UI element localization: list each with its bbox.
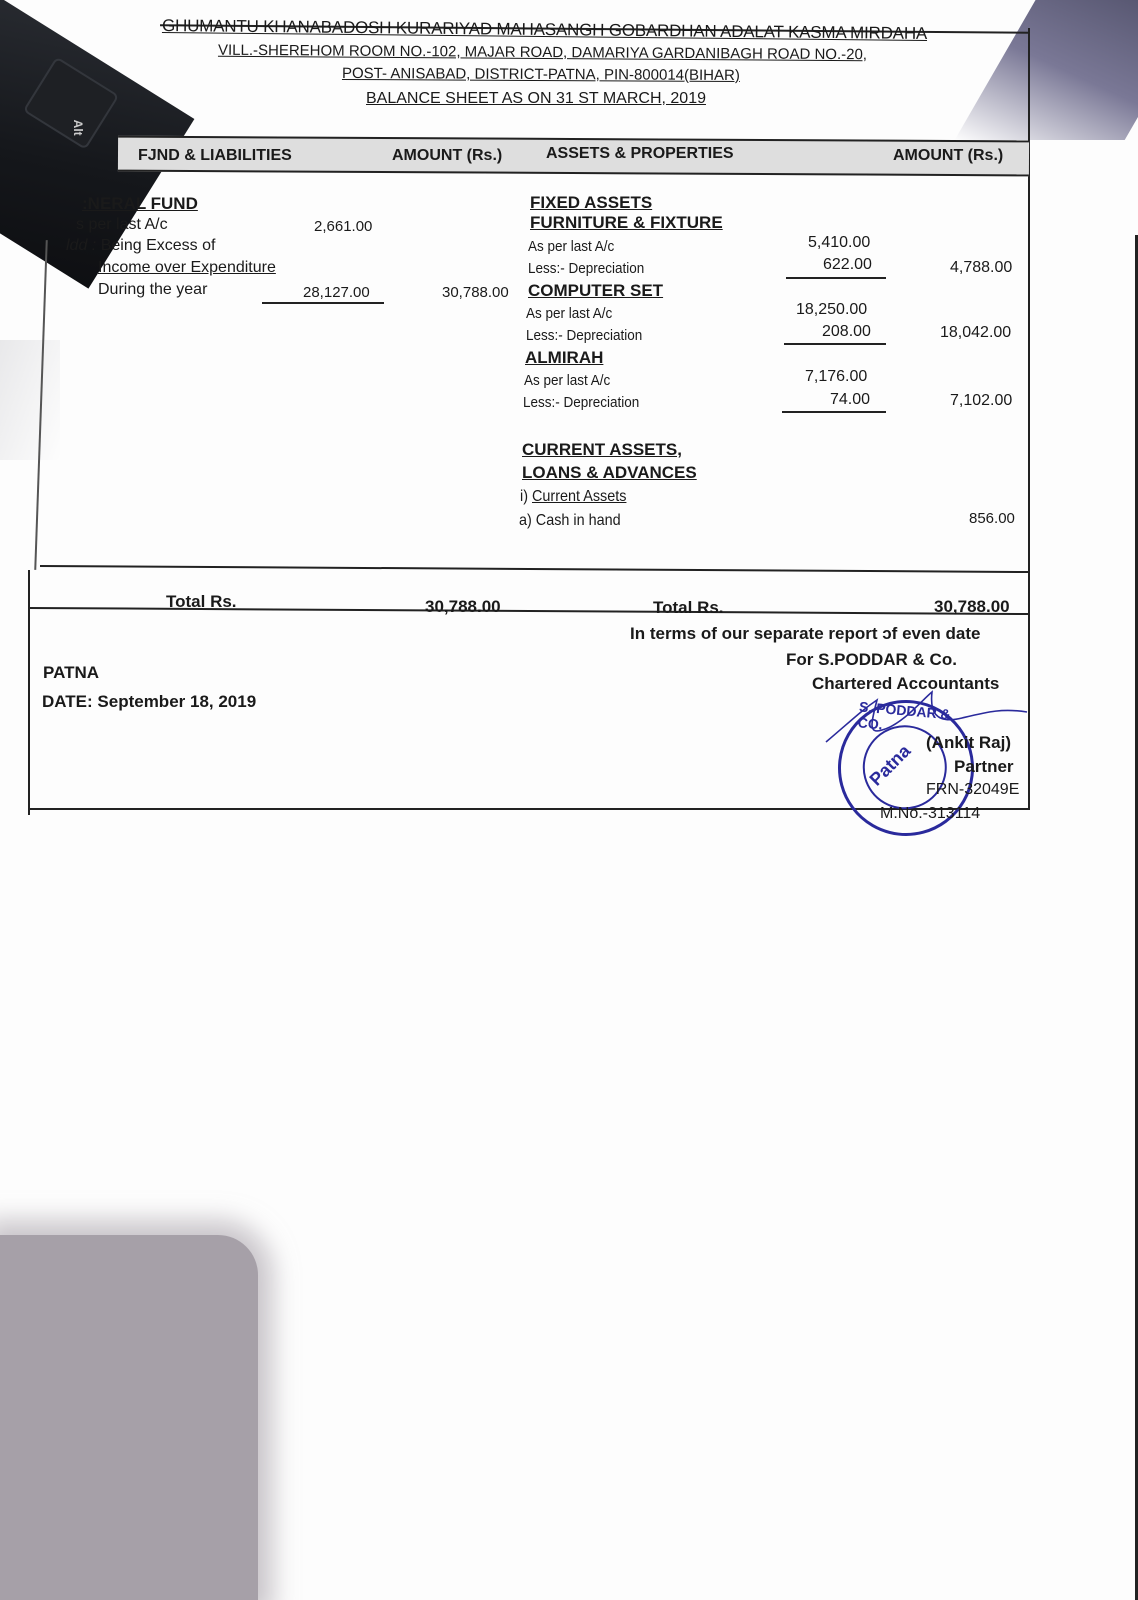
computer-rule: [784, 343, 886, 345]
cash-in-hand-value: 856.00: [969, 510, 1015, 527]
fund-add-line: ldd : Being Excess of: [66, 237, 215, 255]
header-assets-amount: AMOUNT (Rs.): [893, 147, 1003, 165]
frn-number: FRN-32049E: [926, 781, 1019, 799]
date: DATE: September 18, 2019: [42, 692, 256, 712]
asset-name-furniture: FURNITURE & FIXTURE: [530, 213, 723, 233]
header-liabilities-amount: AMOUNT (Rs.): [392, 147, 502, 165]
place: PATNA: [43, 663, 99, 683]
computer-as-per-value: 18,250.00: [796, 301, 867, 319]
finger-shadow: [0, 1235, 258, 1600]
report-note: In terms of our separate report ɔf even …: [630, 624, 981, 644]
membership-number: M.No.-313114: [880, 805, 980, 823]
furniture-as-per-label: As per last A/c: [528, 238, 614, 255]
almirah-dep-value: 74.00: [830, 391, 870, 409]
total-right-value: 30,788.00: [934, 597, 1010, 617]
computer-dep-value: 208.00: [822, 323, 871, 341]
address-line-2: POST- ANISABAD, DISTRICT-PATNA, PIN-8000…: [342, 65, 740, 84]
fixed-assets-heading: FIXED ASSETS: [530, 193, 652, 213]
general-fund-heading: :NERAL FUND: [82, 194, 198, 214]
computer-as-per-label: As per last A/c: [526, 305, 612, 322]
almirah-rule: [782, 411, 886, 413]
general-fund-total: 30,788.00: [442, 284, 509, 301]
total-right-label: Total Rs.: [653, 598, 724, 618]
total-left-value: 30,788.00: [425, 597, 501, 617]
add-label: Being Excess of: [96, 237, 215, 254]
furniture-net: 4,788.00: [950, 259, 1012, 277]
during-year-value: 28,127.00: [303, 284, 370, 301]
furniture-dep-value: 622.00: [823, 256, 872, 274]
income-over-expenditure-label: Income over Expenditure: [98, 259, 276, 277]
cash-in-hand-label: a) Cash in hand: [519, 512, 621, 530]
almirah-as-per-value: 7,176.00: [805, 368, 867, 386]
add-prefix: ldd :: [66, 237, 96, 254]
sheet-title: BALANCE SHEET AS ON 31 ST MARCH, 2019: [366, 90, 706, 108]
partner-name: (Ankit Raj): [926, 733, 1011, 753]
balance-sheet-document: GHUMANTU KHANABADOSH KURARIYAD MAHASANGH…: [0, 0, 1138, 840]
partner-title: Partner: [954, 757, 1014, 777]
asset-name-almirah: ALMIRAH: [525, 348, 603, 368]
furniture-rule: [786, 277, 886, 279]
furniture-as-per-value: 5,410.00: [808, 234, 870, 252]
almirah-as-per-label: As per last A/c: [524, 372, 610, 389]
current-assets-sub: i) Current Assets: [520, 488, 626, 506]
almirah-dep-label: Less:- Depreciation: [523, 394, 639, 411]
almirah-net: 7,102.00: [950, 392, 1012, 410]
header-assets: ASSETS & PROPERTIES: [546, 145, 734, 163]
computer-dep-label: Less:- Depreciation: [526, 327, 642, 344]
fund-as-per-last-value: 2,661.00: [314, 218, 372, 235]
current-sub-prefix: i): [520, 488, 532, 505]
during-year-label: During the year: [98, 281, 207, 299]
asset-name-computer: COMPUTER SET: [528, 281, 663, 301]
firm-name: For S.PODDAR & Co.: [786, 650, 957, 670]
fund-as-per-last-label: s per last A/c: [76, 216, 168, 234]
subtotal-rule: [262, 302, 384, 304]
furniture-dep-label: Less:- Depreciation: [528, 260, 644, 277]
header-liabilities: FJND & LIABILITIES: [138, 147, 292, 165]
loans-advances-heading: LOANS & ADVANCES: [522, 463, 697, 483]
total-left-label: Total Rs.: [166, 592, 237, 612]
current-assets-heading: CURRENT ASSETS,: [522, 440, 682, 460]
computer-net: 18,042.00: [940, 324, 1011, 342]
current-sub-label: Current Assets: [532, 488, 626, 505]
